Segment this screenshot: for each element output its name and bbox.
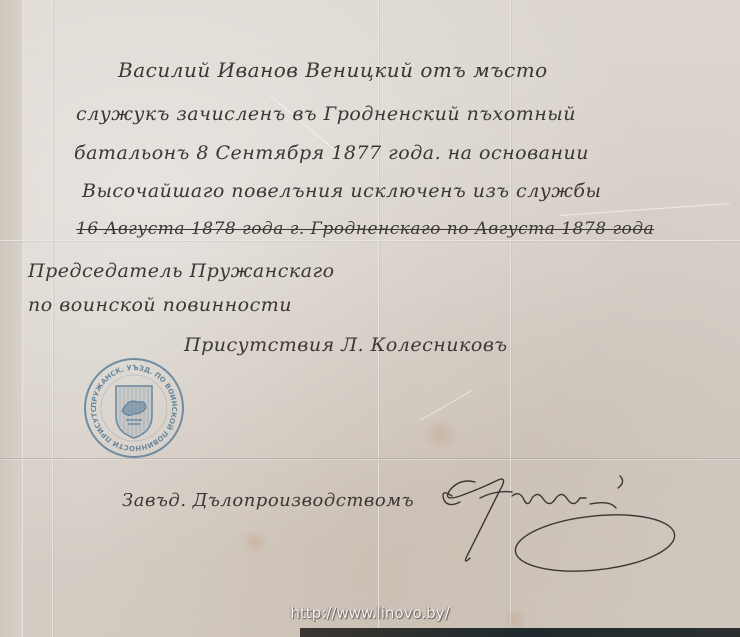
paper-crease — [420, 390, 472, 421]
handwritten-line-5: 16 Августа 1878 года г. Гродненскаго по … — [76, 219, 654, 239]
signature-flourish-icon: А. Горбей — [420, 468, 690, 578]
paper-stain — [240, 530, 270, 554]
handwritten-line-6: Председатель Пружанскаго — [28, 260, 335, 282]
handwritten-line-9: Завъд. Дълопроизводствомъ — [122, 490, 414, 511]
scan-border — [300, 628, 740, 637]
document-scan: Василий Иванов Веницкий отъ мъсто служук… — [0, 0, 740, 637]
fold-line-vertical — [52, 0, 54, 637]
handwritten-line-8: Присутствия Л. Колесниковъ — [184, 334, 508, 356]
handwritten-line-3: батальонъ 8 Сентября 1877 года. на основ… — [74, 142, 589, 164]
fold-line-vertical — [378, 0, 380, 637]
handwritten-line-7: по воинской повинности — [28, 294, 292, 316]
handwritten-line-4: Высочайшаго повелъния исключенъ изъ служ… — [82, 180, 601, 202]
paper-stain — [420, 420, 460, 450]
paper-edge — [0, 0, 23, 637]
fold-line-horizontal — [0, 240, 740, 242]
watermark-url: http://www.linovo.by/ — [0, 604, 740, 622]
paper-crease — [560, 203, 730, 216]
handwritten-line-2: служукъ зачисленъ въ Гродненский пъхотны… — [76, 103, 576, 125]
handwritten-line-1: Василий Иванов Веницкий отъ мъсто — [118, 58, 548, 82]
official-stamp-icon: ПРУЖАНСК. УЪЗД. ПО ВОИНСКОЙ ПОВИННОСТИ П… — [82, 356, 186, 460]
